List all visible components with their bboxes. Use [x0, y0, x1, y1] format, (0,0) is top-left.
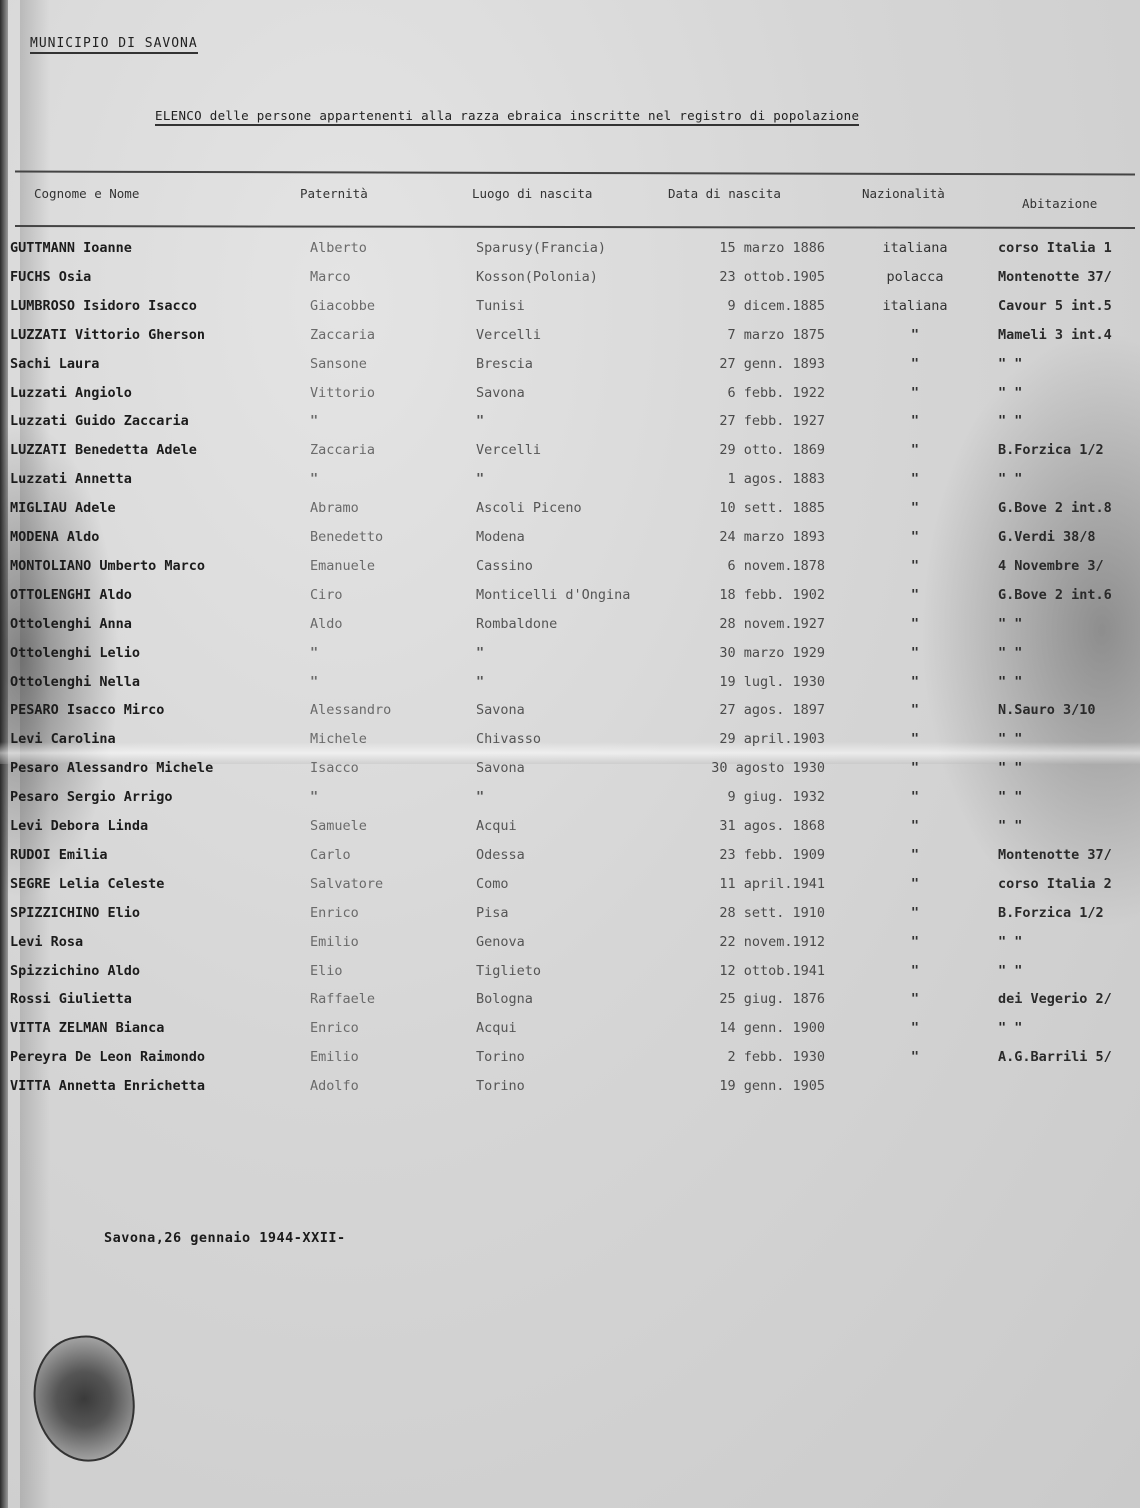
- row-birthplace: Odessa: [476, 847, 525, 863]
- row-nationality: ": [875, 1049, 955, 1065]
- row-birthdate: 29 otto. 1869: [685, 442, 825, 458]
- row-birthdate: 11 april.1941: [685, 876, 825, 892]
- row-nationality: ": [875, 645, 955, 661]
- row-paternity: Emanuele: [310, 558, 375, 574]
- row-paternity: Alberto: [310, 240, 367, 256]
- row-birthdate: 30 marzo 1929: [685, 645, 825, 661]
- row-birthplace: Bologna: [476, 991, 533, 1007]
- row-paternity: Zaccaria: [310, 327, 375, 343]
- row-birthdate: 27 genn. 1893: [685, 356, 825, 372]
- row-name: MONTOLIANO Umberto Marco: [10, 558, 205, 574]
- row-birthdate: 14 genn. 1900: [685, 1020, 825, 1036]
- row-birthdate: 10 sett. 1885: [685, 500, 825, 516]
- row-birthplace: ": [476, 471, 484, 487]
- row-residence: " ": [998, 818, 1022, 834]
- row-birthdate: 28 novem.1927: [685, 616, 825, 632]
- row-birthdate: 29 april.1903: [685, 731, 825, 747]
- row-birthplace: Savona: [476, 760, 525, 776]
- row-birthplace: Monticelli d'Ongina: [476, 587, 630, 603]
- row-paternity: Abramo: [310, 500, 359, 516]
- row-name: Ottolenghi Lelio: [10, 645, 140, 661]
- row-nationality: ": [875, 1020, 955, 1036]
- row-birthdate: 31 agos. 1868: [685, 818, 825, 834]
- row-nationality: ": [875, 963, 955, 979]
- row-name: VITTA ZELMAN Bianca: [10, 1020, 164, 1036]
- row-birthplace: Cassino: [476, 558, 533, 574]
- row-name: Luzzati Annetta: [10, 471, 132, 487]
- row-nationality: ": [875, 934, 955, 950]
- row-nationality: ": [875, 529, 955, 545]
- row-birthplace: Pisa: [476, 905, 509, 921]
- row-birthplace: Brescia: [476, 356, 533, 372]
- row-nationality: ": [875, 356, 955, 372]
- column-header-birthdate: Data di nascita: [668, 186, 781, 201]
- row-residence: " ": [998, 963, 1022, 979]
- row-nationality: ": [875, 731, 955, 747]
- column-header-birthplace: Luogo di nascita: [472, 186, 592, 201]
- place-and-date: Savona,26 gennaio 1944-XXII-: [104, 1230, 346, 1246]
- row-birthdate: 15 marzo 1886: [685, 240, 825, 256]
- row-residence: " ": [998, 731, 1022, 747]
- row-name: Levi Carolina: [10, 731, 116, 747]
- row-name: FUCHS Osia: [10, 269, 91, 285]
- row-birthdate: 2 febb. 1930: [685, 1049, 825, 1065]
- row-residence: G.Bove 2 int.6: [998, 587, 1112, 603]
- row-birthdate: 30 agosto 1930: [685, 760, 825, 776]
- table-header-rule: [15, 225, 1135, 229]
- row-paternity: Marco: [310, 269, 351, 285]
- row-residence: corso Italia 1: [998, 240, 1112, 256]
- row-birthdate: 12 ottob.1941: [685, 963, 825, 979]
- row-name: Rossi Giulietta: [10, 991, 132, 1007]
- row-birthplace: Torino: [476, 1078, 525, 1094]
- row-nationality: ": [875, 327, 955, 343]
- row-residence: B.Forzica 1/2: [998, 905, 1104, 921]
- row-paternity: Aldo: [310, 616, 343, 632]
- row-paternity: ": [310, 413, 318, 429]
- row-nationality: ": [875, 674, 955, 690]
- row-birthplace: Savona: [476, 702, 525, 718]
- row-paternity: Samuele: [310, 818, 367, 834]
- row-residence: " ": [998, 934, 1022, 950]
- row-name: VITTA Annetta Enrichetta: [10, 1078, 205, 1094]
- row-paternity: Adolfo: [310, 1078, 359, 1094]
- row-residence: " ": [998, 385, 1022, 401]
- row-birthplace: Rombaldone: [476, 616, 557, 632]
- row-paternity: ": [310, 674, 318, 690]
- row-nationality: ": [875, 471, 955, 487]
- row-nationality: ": [875, 905, 955, 921]
- row-birthdate: 28 sett. 1910: [685, 905, 825, 921]
- column-header-paternity: Paternità: [300, 186, 368, 201]
- row-nationality: italiana: [875, 240, 955, 256]
- row-nationality: polacca: [875, 269, 955, 285]
- row-residence: N.Sauro 3/10: [998, 702, 1096, 718]
- row-birthplace: Acqui: [476, 1020, 517, 1036]
- row-paternity: ": [310, 471, 318, 487]
- row-name: Pesaro Sergio Arrigo: [10, 789, 173, 805]
- row-paternity: Alessandro: [310, 702, 391, 718]
- row-residence: B.Forzica 1/2: [998, 442, 1104, 458]
- row-name: SPIZZICHINO Elio: [10, 905, 140, 921]
- row-birthdate: 7 marzo 1875: [685, 327, 825, 343]
- row-name: Sachi Laura: [10, 356, 99, 372]
- row-birthdate: 6 febb. 1922: [685, 385, 825, 401]
- row-residence: Mameli 3 int.4: [998, 327, 1112, 343]
- row-name: Ottolenghi Nella: [10, 674, 140, 690]
- row-nationality: ": [875, 760, 955, 776]
- row-name: Pereyra De Leon Raimondo: [10, 1049, 205, 1065]
- row-birthdate: 23 febb. 1909: [685, 847, 825, 863]
- row-birthdate: 24 marzo 1893: [685, 529, 825, 545]
- row-name: PESARO Isacco Mirco: [10, 702, 164, 718]
- row-paternity: ": [310, 645, 318, 661]
- column-header-nationality: Nazionalità: [862, 186, 945, 201]
- row-residence: 4 Novembre 3/: [998, 558, 1104, 574]
- row-name: SEGRE Lelia Celeste: [10, 876, 164, 892]
- row-residence: " ": [998, 413, 1022, 429]
- row-birthplace: Vercelli: [476, 442, 541, 458]
- row-paternity: Michele: [310, 731, 367, 747]
- table-top-rule: [15, 171, 1135, 176]
- row-residence: " ": [998, 471, 1022, 487]
- row-name: OTTOLENGHI Aldo: [10, 587, 132, 603]
- row-paternity: Raffaele: [310, 991, 375, 1007]
- row-name: MIGLIAU Adele: [10, 500, 116, 516]
- row-paternity: Ciro: [310, 587, 343, 603]
- row-birthdate: 19 lugl. 1930: [685, 674, 825, 690]
- row-name: LUMBROSO Isidoro Isacco: [10, 298, 197, 314]
- row-name: Levi Debora Linda: [10, 818, 148, 834]
- row-birthdate: 27 agos. 1897: [685, 702, 825, 718]
- row-name: Ottolenghi Anna: [10, 616, 132, 632]
- row-paternity: Enrico: [310, 905, 359, 921]
- row-paternity: Vittorio: [310, 385, 375, 401]
- row-paternity: Elio: [310, 963, 343, 979]
- document-title: ELENCO delle persone appartenenti alla r…: [155, 108, 859, 126]
- row-residence: Montenotte 37/: [998, 847, 1112, 863]
- row-birthplace: Vercelli: [476, 327, 541, 343]
- row-residence: " ": [998, 645, 1022, 661]
- issuing-office: MUNICIPIO DI SAVONA: [30, 36, 198, 54]
- scanned-document-page: MUNICIPIO DI SAVONA ELENCO delle persone…: [0, 0, 1140, 1508]
- row-name: LUZZATI Benedetta Adele: [10, 442, 197, 458]
- column-header-name: Cognome e Nome: [34, 186, 139, 201]
- row-residence: A.G.Barrili 5/: [998, 1049, 1112, 1065]
- row-birthplace: Ascoli Piceno: [476, 500, 582, 516]
- row-paternity: Sansone: [310, 356, 367, 372]
- row-name: GUTTMANN Ioanne: [10, 240, 132, 256]
- row-nationality: ": [875, 789, 955, 805]
- row-nationality: ": [875, 587, 955, 603]
- row-paternity: ": [310, 789, 318, 805]
- row-paternity: Salvatore: [310, 876, 383, 892]
- row-nationality: ": [875, 558, 955, 574]
- row-birthdate: 6 novem.1878: [685, 558, 825, 574]
- row-birthdate: 25 giug. 1876: [685, 991, 825, 1007]
- row-paternity: Isacco: [310, 760, 359, 776]
- row-paternity: Giacobbe: [310, 298, 375, 314]
- row-residence: corso Italia 2: [998, 876, 1112, 892]
- row-name: Pesaro Alessandro Michele: [10, 760, 213, 776]
- row-residence: " ": [998, 356, 1022, 372]
- row-birthplace: ": [476, 645, 484, 661]
- row-residence: Cavour 5 int.5: [998, 298, 1112, 314]
- row-paternity: Benedetto: [310, 529, 383, 545]
- row-birthdate: 23 ottob.1905: [685, 269, 825, 285]
- row-paternity: Emilio: [310, 934, 359, 950]
- row-name: Luzzati Angiolo: [10, 385, 132, 401]
- row-nationality: ": [875, 818, 955, 834]
- row-nationality: italiana: [875, 298, 955, 314]
- row-name: Levi Rosa: [10, 934, 83, 950]
- row-birthplace: Kosson(Polonia): [476, 269, 598, 285]
- row-paternity: Emilio: [310, 1049, 359, 1065]
- row-birthplace: Modena: [476, 529, 525, 545]
- row-name: Luzzati Guido Zaccaria: [10, 413, 189, 429]
- row-birthdate: 18 febb. 1902: [685, 587, 825, 603]
- row-birthplace: Tunisi: [476, 298, 525, 314]
- row-paternity: Enrico: [310, 1020, 359, 1036]
- row-residence: G.Bove 2 int.8: [998, 500, 1112, 516]
- row-birthplace: Torino: [476, 1049, 525, 1065]
- row-birthplace: Acqui: [476, 818, 517, 834]
- row-birthdate: 1 agos. 1883: [685, 471, 825, 487]
- row-birthplace: Savona: [476, 385, 525, 401]
- row-residence: " ": [998, 760, 1022, 776]
- row-paternity: Carlo: [310, 847, 351, 863]
- row-nationality: ": [875, 385, 955, 401]
- row-birthdate: 19 genn. 1905: [685, 1078, 825, 1094]
- row-birthplace: ": [476, 674, 484, 690]
- row-birthplace: Tiglieto: [476, 963, 541, 979]
- row-nationality: ": [875, 847, 955, 863]
- row-name: MODENA Aldo: [10, 529, 99, 545]
- row-residence: " ": [998, 1020, 1022, 1036]
- row-paternity: Zaccaria: [310, 442, 375, 458]
- row-birthdate: 9 giug. 1932: [685, 789, 825, 805]
- row-birthplace: ": [476, 413, 484, 429]
- row-residence: G.Verdi 38/8: [998, 529, 1096, 545]
- row-residence: " ": [998, 789, 1022, 805]
- column-header-residence: Abitazione: [1022, 196, 1097, 211]
- row-birthplace: Sparusy(Francia): [476, 240, 606, 256]
- row-nationality: ": [875, 500, 955, 516]
- row-residence: dei Vegerio 2/: [998, 991, 1112, 1007]
- row-name: LUZZATI Vittorio Gherson: [10, 327, 205, 343]
- row-residence: Montenotte 37/: [998, 269, 1112, 285]
- row-nationality: ": [875, 702, 955, 718]
- row-residence: " ": [998, 674, 1022, 690]
- row-residence: " ": [998, 616, 1022, 632]
- row-name: RUDOI Emilia: [10, 847, 108, 863]
- row-nationality: ": [875, 616, 955, 632]
- row-name: Spizzichino Aldo: [10, 963, 140, 979]
- row-birthdate: 9 dicem.1885: [685, 298, 825, 314]
- row-birthplace: Genova: [476, 934, 525, 950]
- row-birthplace: Como: [476, 876, 509, 892]
- row-birthdate: 22 novem.1912: [685, 934, 825, 950]
- row-nationality: ": [875, 876, 955, 892]
- row-nationality: ": [875, 991, 955, 1007]
- row-nationality: ": [875, 413, 955, 429]
- row-birthdate: 27 febb. 1927: [685, 413, 825, 429]
- row-birthplace: ": [476, 789, 484, 805]
- row-nationality: ": [875, 442, 955, 458]
- row-birthplace: Chivasso: [476, 731, 541, 747]
